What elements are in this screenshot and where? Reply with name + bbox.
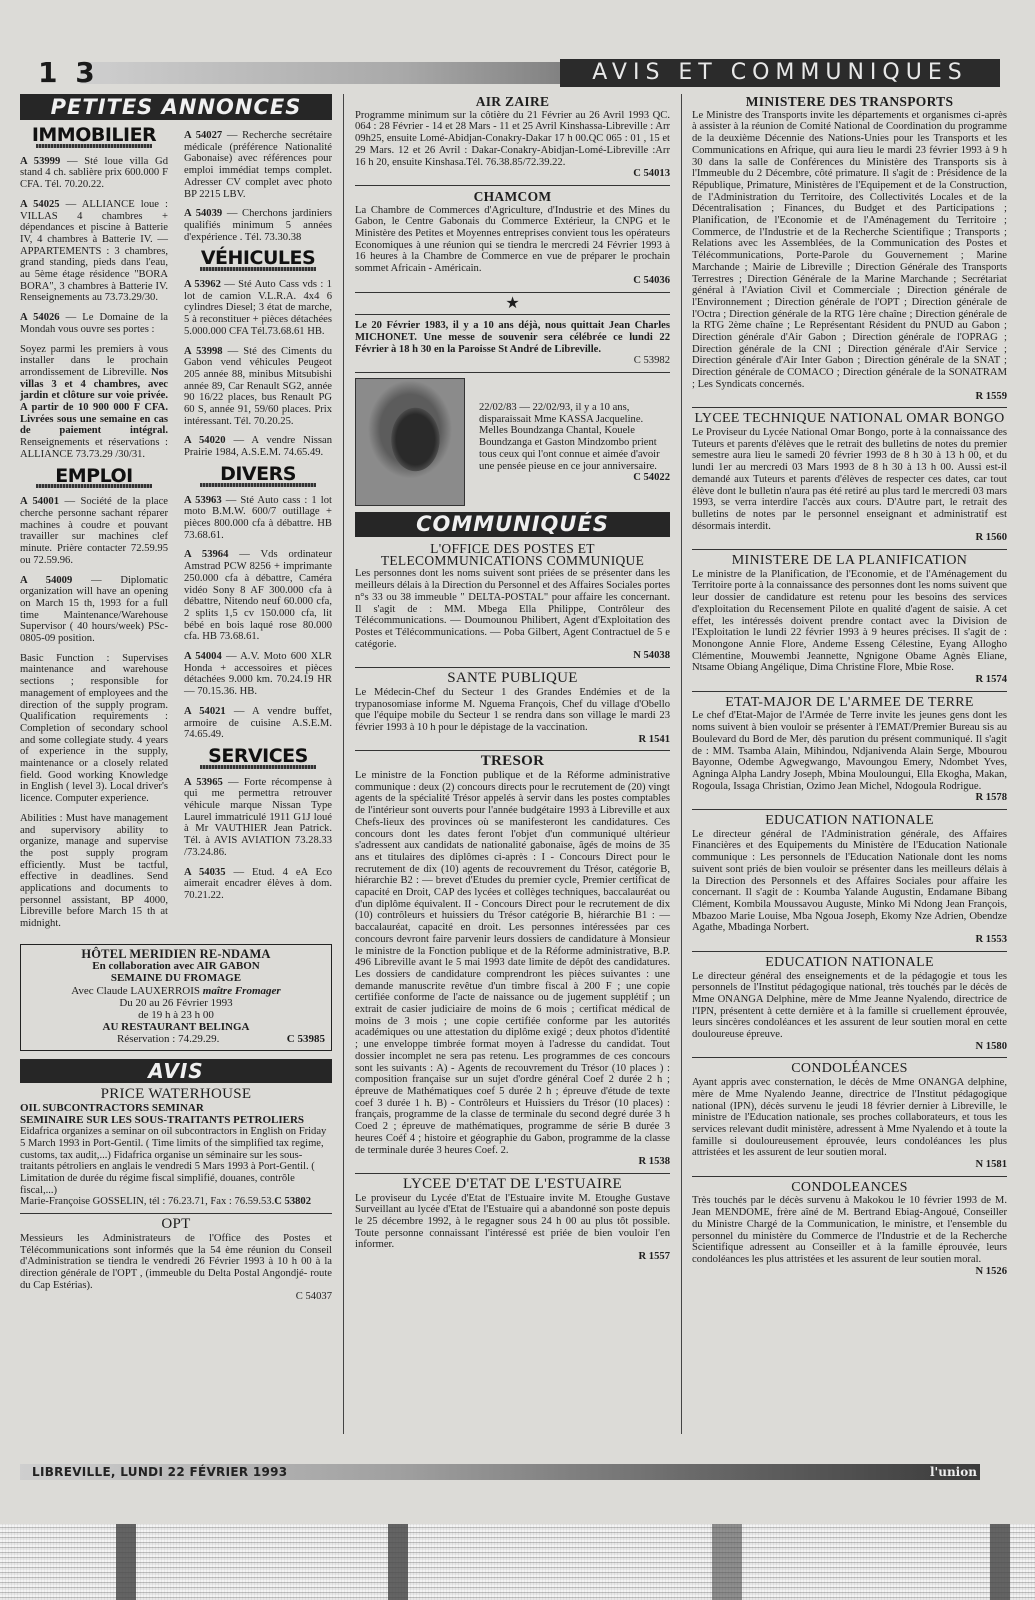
section-rule [692,407,1007,408]
classified-ad: A 54027 — Recherche secrétaire médicale … [184,130,332,200]
condoleances-body: Ayant appris avec consternation, le décè… [692,1077,1007,1159]
scan-artifact [116,1524,136,1600]
column-right: MINISTERE DES TRANSPORTS Le Ministre des… [692,94,1007,1277]
section-rule [20,1213,332,1214]
ref-code: R 1559 [692,391,1007,403]
ref-code: C 53982 [355,355,670,367]
portrait-photo [355,378,465,506]
ref-code: R 1560 [692,532,1007,544]
lycee-estuaire-body: Le proviseur du Lycée d'Etat de l'Estuai… [355,1193,670,1252]
classified-ad-body: Basic Function : Supervises maintenance … [20,653,168,805]
ref-code: R 1574 [692,674,1007,686]
section-rule [355,314,670,315]
section-rule [355,750,670,751]
scan-artifact [990,1524,1010,1600]
ref-code: C 54036 [355,275,670,287]
classified-ad: A 54025 — ALLIANCE loue : VILLAS 4 chamb… [20,199,168,304]
category-immobilier: IMMOBILIER [20,130,168,142]
armee-body: Le chef d'Etat-Major de l'Armée de Terre… [692,710,1007,792]
classified-ad: A 53998 — Sté des Ciments du Gabon vend … [184,346,332,428]
education-title: EDUCATION NATIONALE [692,957,1007,969]
communiques-banner: COMMUNIQUÉS [355,512,670,537]
sante-body: Le Médecin-Chef du Secteur 1 des Grandes… [355,687,670,734]
meridien-line: Du 20 au 26 Février 1993 [27,997,325,1009]
section-rule [692,691,1007,692]
meridien-line: En collaboration avec AIR GABON [27,960,325,972]
classified-ad: A 53963 — Sté Auto cass : 1 lot moto B.M… [184,495,332,542]
classified-ad: A 54020 — A vendre Nissan Prairie 1984, … [184,435,332,458]
section-rule [355,292,670,293]
ref-code: C 54013 [355,168,670,180]
ref-code: N 54038 [355,650,670,662]
category-emploi: EMPLOI [20,471,168,483]
meridien-footer: Réservation : 74.29.29.C 53985 [27,1033,325,1045]
air-zaire-body: Programme minimum sur la côtière du 21 F… [355,110,670,169]
column-petites-annonces: PETITES ANNONCES IMMOBILIER A 53999 — St… [20,94,332,1303]
classified-ad: A 54021 — A vendre buffet, armoire de cu… [184,706,332,741]
chamcom-title: CHAMCOM [355,191,670,203]
classified-ad: A 53999 — Sté loue villa Gd stand 4 ch. … [20,156,168,191]
classified-ad-body: Soyez parmi les premiers à vous installe… [20,344,168,461]
classified-ad: A 54004 — A.V. Moto 600 XLR Honda + acce… [184,651,332,698]
ref-code: N 1526 [692,1266,1007,1278]
planification-title: MINISTERE DE LA PLANIFICATION [692,555,1007,567]
ref-code: N 1580 [692,1041,1007,1053]
ref-code: C 54037 [20,1291,332,1303]
page-number: 1 3 [38,56,99,89]
footer-dateline: LIBREVILLE, LUNDI 22 FÉVRIER 1993 [32,1464,287,1480]
section-rule [355,185,670,186]
tresor-body: Le ministre de la Fonction publique et d… [355,770,670,1156]
price-waterhouse-contact: Marie-Françoise GOSSELIN, tél : 76.23.71… [20,1196,332,1208]
memorial-text: 22/02/83 — 22/02/93, il y a 10 ans, disp… [479,378,670,506]
classified-ad: A 54001 — Société de la place cherche pe… [20,496,168,566]
meridien-title: HÔTEL MERIDIEN RE-NDAMA [27,948,325,960]
newspaper-logo: l'union [930,1465,977,1479]
tresor-title: TRESOR [355,756,670,768]
classifieds-grid: IMMOBILIER A 53999 — Sté loue villa Gd s… [20,120,332,938]
opt-body: Messieurs les Administrateurs de l'Offic… [20,1233,332,1292]
opt-title: OPT [20,1219,332,1231]
category-services: SERVICES [184,751,332,763]
classified-ad: A 53965 — Forte récompense à qui me perm… [184,777,332,859]
newspaper-page: 1 3 AVIS ET COMMUNIQUES PETITES ANNONCES… [0,0,1035,1530]
price-waterhouse-title: PRICE WATERHOUSE [20,1089,332,1101]
scan-artifact [712,1524,742,1600]
section-rule [355,667,670,668]
education-body: Le directeur général de l'Administration… [692,829,1007,934]
education-title: EDUCATION NATIONALE [692,815,1007,827]
ref-code: C 54022 [479,472,670,484]
ref-code: R 1578 [692,792,1007,804]
column-middle: AIR ZAIRE Programme minimum sur la côtiè… [355,94,670,1263]
education-body: Le directeur général des enseignements e… [692,971,1007,1041]
transports-title: MINISTERE DES TRANSPORTS [692,96,1007,108]
condoleances-body: Très touchés par le décès survenu à Mako… [692,1195,1007,1265]
lycee-technique-body: Le Proviseur du Lycée National Omar Bong… [692,427,1007,532]
seminar-subtitle: SEMINAIRE SUR LES SOUS-TRAITANTS PETROLI… [20,1114,332,1126]
section-rule [355,372,670,373]
classified-ad: A 54035 — Etud. 4 eA Eco aimerait encadr… [184,867,332,902]
classified-ad: A 54039 — Cherchons jardiniers qualifiés… [184,208,332,243]
scan-margin [0,1524,1035,1600]
air-zaire-title: AIR ZAIRE [355,96,670,108]
ref-code: R 1538 [355,1156,670,1168]
classified-ad-body: Abilities : Must have management and sup… [20,813,168,930]
ref-code: N 1581 [692,1159,1007,1171]
star-icon: ★ [355,298,670,310]
scan-artifact [388,1524,408,1600]
meridien-line: de 19 h à 23 h 00 [27,1009,325,1021]
classified-ad: A 54026 — Le Domaine de la Mondah vous o… [20,312,168,335]
classified-ad: A 53964 — Vds ordinateur Amstrad PCW 825… [184,549,332,643]
ref-code: R 1553 [692,934,1007,946]
section-title: AVIS ET COMMUNIQUES [560,59,1000,87]
armee-title: ETAT-MAJOR DE L'ARMEE DE TERRE [692,697,1007,709]
classifieds-left: IMMOBILIER A 53999 — Sté loue villa Gd s… [20,120,176,938]
sante-title: SANTE PUBLIQUE [355,673,670,685]
section-rule [692,1057,1007,1058]
lycee-estuaire-title: LYCEE D'ETAT DE L'ESTUAIRE [355,1179,670,1191]
section-rule [692,951,1007,952]
petites-annonces-banner: PETITES ANNONCES [20,94,332,120]
condoleances-title: CONDOLEANCES [692,1182,1007,1194]
section-rule [692,809,1007,810]
opt-communique-body: Les personnes dont les noms suivent sont… [355,568,670,650]
section-rule [692,1176,1007,1177]
column-divider [343,94,344,1434]
meridien-line: SEMAINE DU FROMAGE [27,972,325,984]
opt-communique-title: L'OFFICE DES POSTES ET TELECOMMUNICATION… [355,543,670,566]
classified-ad: A 53962 — Sté Auto Cass vds : 1 lot de c… [184,279,332,338]
kassa-memorial: 22/02/83 — 22/02/93, il y a 10 ans, disp… [355,378,670,506]
meridien-ad-box: HÔTEL MERIDIEN RE-NDAMA En collaboration… [20,944,332,1051]
michonet-notice: Le 20 Février 1983, il y a 10 ans déjà, … [355,320,670,355]
classified-ad: A 54009 — Diplomatic organization will h… [20,575,168,645]
planification-body: Le ministre de la Planification, de l'Ec… [692,569,1007,674]
category-vehicules: VÉHICULES [184,253,332,265]
section-rule [692,549,1007,550]
condoleances-title: CONDOLÉANCES [692,1063,1007,1075]
column-divider [681,94,682,1434]
meridien-line: Avec Claude LAUXERROIS maître Fromager [27,985,325,997]
price-waterhouse-body: Eidafrica organizes a seminar on oil sub… [20,1126,332,1196]
seminar-subtitle: OIL SUBCONTRACTORS SEMINAR [20,1102,332,1114]
section-rule [355,1173,670,1174]
ref-code: R 1541 [355,734,670,746]
lycee-technique-title: LYCEE TECHNIQUE NATIONAL OMAR BONGO [692,413,1007,425]
category-divers: DIVERS [184,469,332,481]
ref-code: R 1557 [355,1251,670,1263]
transports-body: Le Ministre des Transports invite les dé… [692,110,1007,391]
avis-banner: AVIS [20,1059,332,1083]
classifieds-right: A 54027 — Recherche secrétaire médicale … [176,120,332,938]
chamcom-body: La Chambre de Commerces d'Agriculture, d… [355,205,670,275]
meridien-line: AU RESTAURANT BELINGA [27,1021,325,1033]
